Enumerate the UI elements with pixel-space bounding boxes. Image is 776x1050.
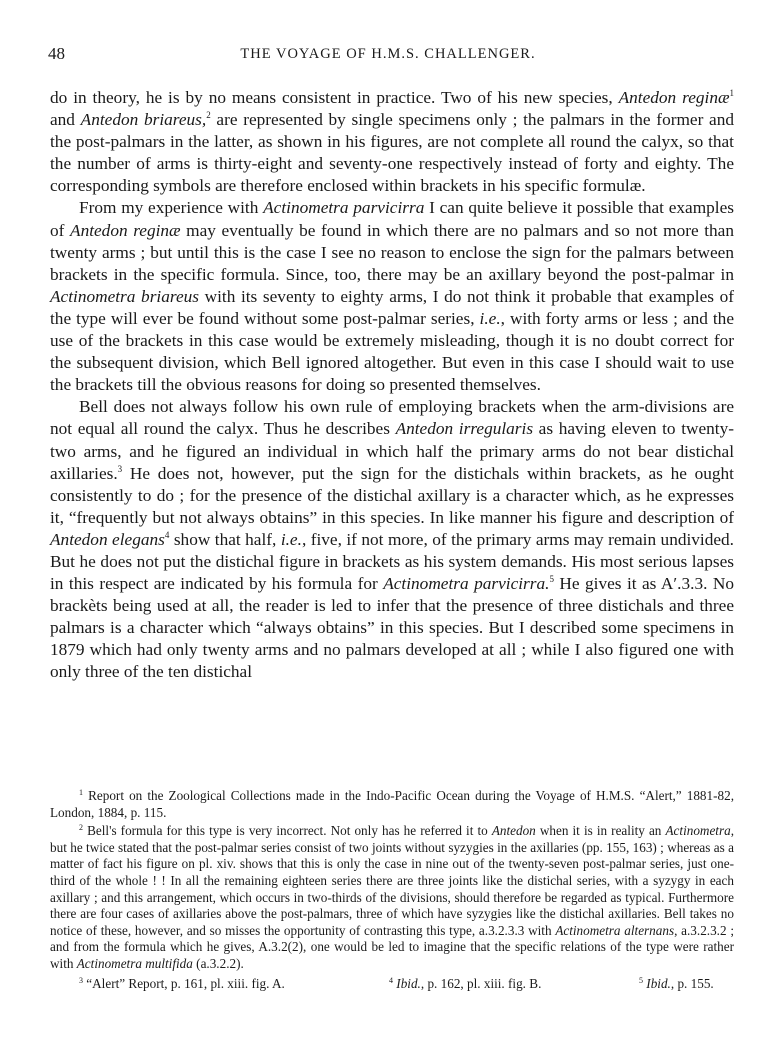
- italic-text: Antedon elegans: [50, 530, 165, 549]
- italic-text: Actinometra multifida: [77, 956, 193, 971]
- italic-text: i.e.: [281, 530, 302, 549]
- italic-text: Antedon reginæ: [619, 88, 730, 107]
- footnote-2: 2 Bell's formula for this type is very i…: [50, 823, 734, 972]
- paragraph-1: do in theory, he is by no means consiste…: [50, 87, 734, 197]
- paragraph-2: From my experience with Actinometra parv…: [50, 197, 734, 396]
- footnote-row: 3 “Alert” Report, p. 161, pl. xiii. fig.…: [50, 976, 734, 993]
- book-page: 48 THE VOYAGE OF H.M.S. CHALLENGER. do i…: [0, 0, 776, 1050]
- italic-text: Actinometra parvicirra.: [383, 574, 549, 593]
- footnote-ref: 2: [206, 110, 211, 120]
- paragraph-3: Bell does not always follow his own rule…: [50, 396, 734, 683]
- footnote-number: 5: [639, 976, 643, 985]
- page-header: 48 THE VOYAGE OF H.M.S. CHALLENGER.: [48, 44, 728, 68]
- footnote-1: 1 Report on the Zoological Collections m…: [50, 788, 734, 821]
- italic-text: Actinometra parvicirra: [263, 198, 424, 217]
- italic-text: Actinometra briareus: [50, 287, 199, 306]
- footnote-ref: 5: [549, 574, 554, 584]
- italic-text: Actinometra: [666, 823, 731, 838]
- italic-text: Ibid.: [646, 976, 671, 991]
- footnote-4: 4 Ibid., p. 162, pl. xiii. fig. B.: [389, 976, 639, 993]
- italic-text: Actinometra alternans: [555, 923, 674, 938]
- footnotes: 1 Report on the Zoological Collections m…: [50, 788, 734, 992]
- italic-text: i.e.: [480, 309, 501, 328]
- footnote-3: 3 “Alert” Report, p. 161, pl. xiii. fig.…: [79, 976, 389, 993]
- italic-text: Antedon briareus,: [81, 110, 207, 129]
- body-text: do in theory, he is by no means consiste…: [50, 87, 734, 684]
- italic-text: Antedon: [492, 823, 536, 838]
- footnote-ref: 4: [165, 530, 170, 540]
- footnote-number: 3: [79, 976, 83, 985]
- footnote-5: 5 Ibid., p. 155.: [639, 976, 714, 993]
- footnote-ref: 1: [729, 88, 734, 98]
- italic-text: Antedon irregularis: [396, 419, 533, 438]
- italic-text: Ibid.: [396, 976, 421, 991]
- running-title: THE VOYAGE OF H.M.S. CHALLENGER.: [48, 46, 728, 63]
- footnote-number: 4: [389, 976, 393, 985]
- footnote-number: 2: [79, 823, 83, 832]
- footnote-number: 1: [79, 788, 83, 797]
- italic-text: Antedon reginæ: [70, 221, 181, 240]
- footnote-ref: 3: [118, 464, 123, 474]
